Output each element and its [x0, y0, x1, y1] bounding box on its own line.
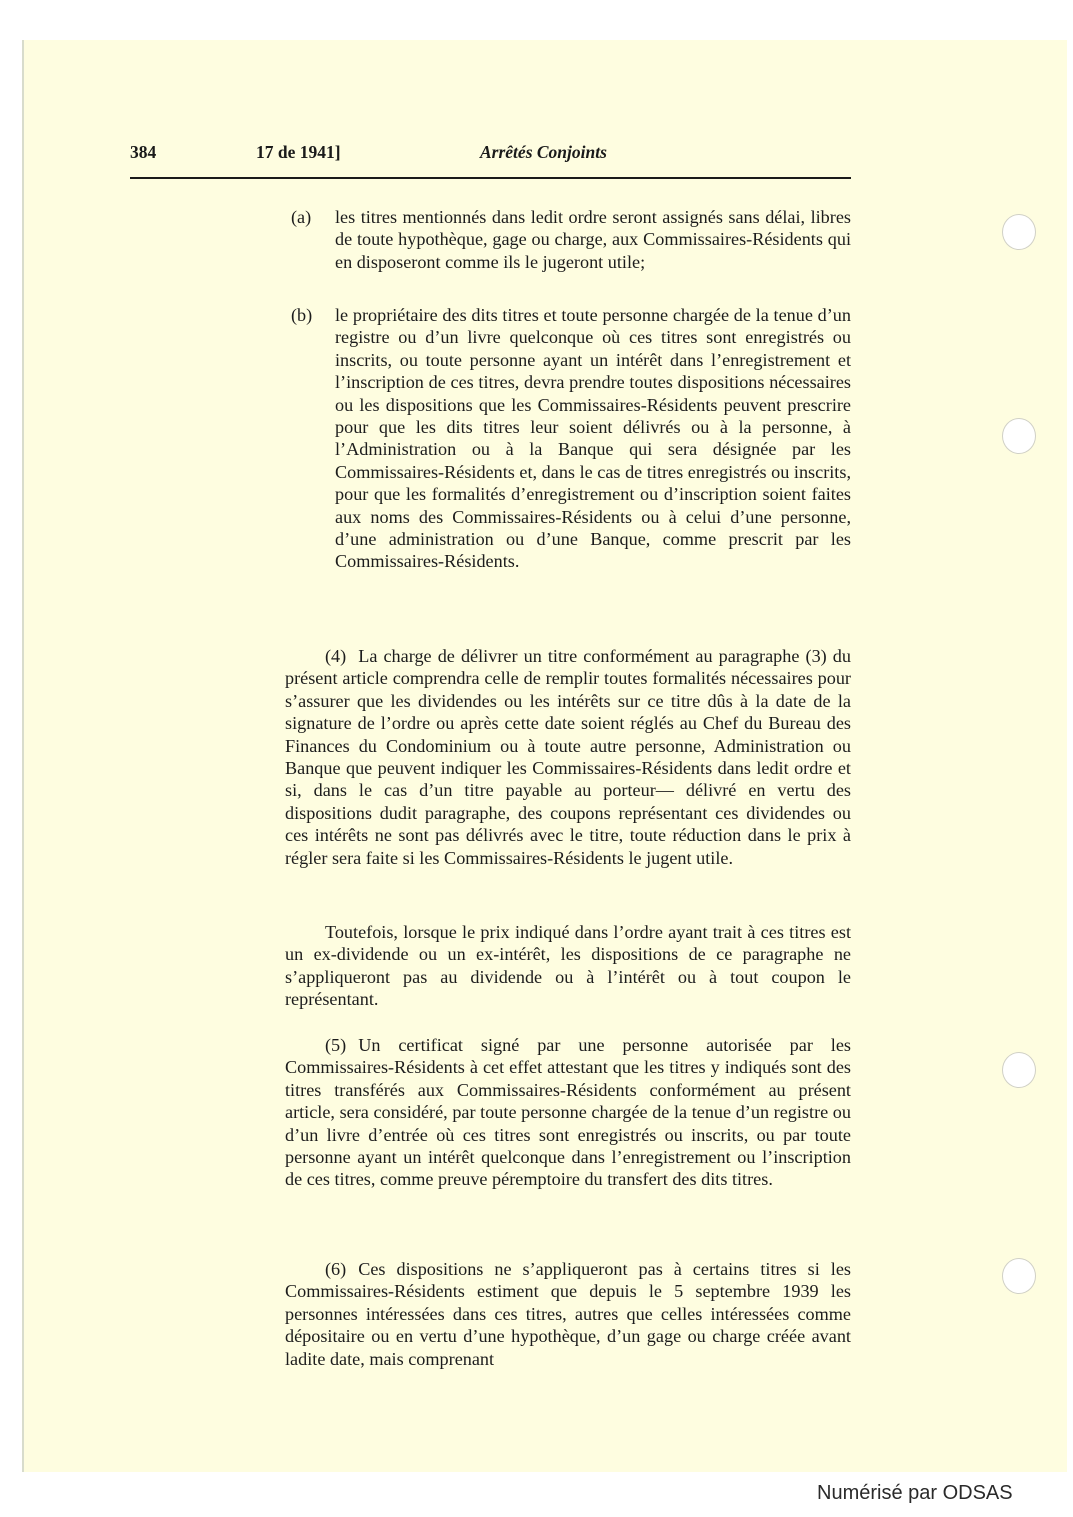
header-reference: 17 de 1941]	[256, 142, 341, 163]
digitization-credit: Numérisé par ODSAS	[817, 1482, 1013, 1505]
paragraph-text: Toutefois, lorsque le prix indiqué dans …	[285, 922, 851, 1009]
header-rule	[130, 177, 851, 179]
item-label: (a)	[291, 206, 311, 228]
running-header: 384 17 de 1941] Arrêtés Conjoints	[130, 142, 850, 166]
paragraph-toutefois: Toutefois, lorsque le prix indiqué dans …	[285, 921, 851, 1011]
page-number: 384	[130, 142, 156, 163]
punch-hole	[1002, 1052, 1036, 1088]
paragraph-text: Ces dispositions ne s’appliqueront pas à…	[285, 1259, 851, 1369]
paragraph-6: (6)Ces dispositions ne s’appliqueront pa…	[285, 1258, 851, 1370]
paragraph-number: (4)	[325, 646, 346, 666]
item-text: le propriétaire des dits titres et toute…	[335, 305, 851, 571]
punch-hole	[1002, 418, 1036, 454]
item-label: (b)	[291, 304, 312, 326]
header-title: Arrêtés Conjoints	[480, 142, 607, 163]
paragraph-5: (5)Un certificat signé par une personne …	[285, 1034, 851, 1191]
paragraph-text: Un certificat signé par une personne aut…	[285, 1035, 851, 1189]
item-b: (b) le propriétaire des dits titres et t…	[285, 304, 851, 573]
item-a: (a) les titres mentionnés dans ledit ord…	[285, 206, 851, 273]
paragraph-4: (4)La charge de délivrer un titre confor…	[285, 645, 851, 869]
punch-hole	[1002, 214, 1036, 250]
paragraph-text: La charge de délivrer un titre conformém…	[285, 646, 851, 868]
item-text: les titres mentionnés dans ledit ordre s…	[335, 207, 851, 272]
punch-hole	[1002, 1258, 1036, 1294]
paragraph-number: (6)	[325, 1259, 346, 1279]
paragraph-number: (5)	[325, 1035, 346, 1055]
